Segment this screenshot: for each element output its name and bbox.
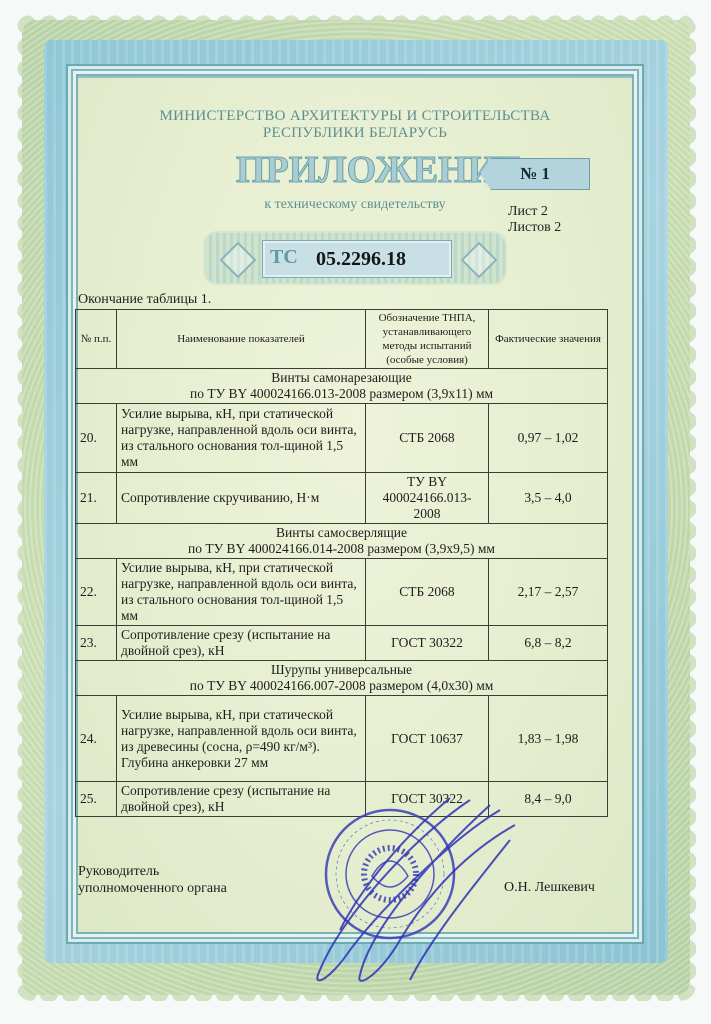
row-indicator: Усилие вырыва, кН, при статической нагру… xyxy=(117,404,366,473)
row-value: 1,83 – 1,98 xyxy=(489,696,608,782)
table-row: 20. Усилие вырыва, кН, при статической н… xyxy=(76,404,608,473)
row-method: ГОСТ 10637 xyxy=(366,696,489,782)
row-value: 6,8 – 8,2 xyxy=(489,626,608,661)
row-value: 2,17 – 2,57 xyxy=(489,559,608,626)
table-header-row: № п.п. Наименование показателей Обозначе… xyxy=(76,310,608,369)
sheets-total: Листов 2 xyxy=(508,220,561,236)
ministry-name-line1: МИНИСТЕРСТВО АРХИТЕКТУРЫ И СТРОИТЕЛЬСТВА xyxy=(80,108,630,125)
row-method: ГОСТ 30322 xyxy=(366,626,489,661)
ministry-name-line2: РЕСПУБЛИКИ БЕЛАРУСЬ xyxy=(80,125,630,142)
signatory-position: Руководитель уполномоченного органа xyxy=(78,863,227,897)
section-title: Винты самосверлящие xyxy=(80,525,603,541)
sheet-number: Лист 2 xyxy=(508,204,548,220)
section-title: Винты самонарезающие xyxy=(80,370,603,386)
row-indicator: Сопротивление срезу (испытание на двойно… xyxy=(117,626,366,661)
row-number: 21. xyxy=(76,473,117,524)
row-indicator: Усилие вырыва, кН, при статической нагру… xyxy=(117,559,366,626)
position-line1: Руководитель xyxy=(78,863,227,880)
appendix-number: № 1 xyxy=(481,164,589,184)
row-number: 24. xyxy=(76,696,117,782)
indicators-table: № п.п. Наименование показателей Обозначе… xyxy=(75,309,608,817)
section-row: Винты самонарезающиепо ТУ BY 400024166.0… xyxy=(76,369,608,404)
section-row: Винты самосверлящиепо ТУ BY 400024166.01… xyxy=(76,524,608,559)
column-header-value: Фактические значения xyxy=(489,310,608,369)
row-method: СТБ 2068 xyxy=(366,559,489,626)
signature-icon xyxy=(300,780,520,990)
table-row: 22. Усилие вырыва, кН, при статической н… xyxy=(76,559,608,626)
section-spec: по ТУ BY 400024166.014-2008 размером (3,… xyxy=(80,541,603,557)
row-value: 3,5 – 4,0 xyxy=(489,473,608,524)
certificate-number: 05.2296.18 xyxy=(316,248,406,271)
section-title: Шурупы универсальные xyxy=(80,662,603,678)
table-row: 21. Сопротивление скручиванию, Н·м ТУ BY… xyxy=(76,473,608,524)
section-row: Шурупы универсальныепо ТУ BY 400024166.0… xyxy=(76,661,608,696)
row-indicator: Сопротивление скручиванию, Н·м xyxy=(117,473,366,524)
row-value: 0,97 – 1,02 xyxy=(489,404,608,473)
table-caption: Окончание таблицы 1. xyxy=(78,292,211,308)
column-header-method: Обозначение ТНПА, устанавливающего метод… xyxy=(366,310,489,369)
row-method: СТБ 2068 xyxy=(366,404,489,473)
document-subtitle: к техническому свидетельству xyxy=(230,197,480,213)
appendix-number-tag: № 1 xyxy=(480,158,590,190)
row-number: 22. xyxy=(76,559,117,626)
certificate-prefix: ТС xyxy=(270,246,298,269)
row-indicator: Усилие вырыва, кН, при статической нагру… xyxy=(117,696,366,782)
row-number: 25. xyxy=(76,782,117,817)
section-spec: по ТУ BY 400024166.013-2008 размером (3,… xyxy=(80,386,603,402)
document-title: ПРИЛОЖЕНИЕ xyxy=(236,150,476,190)
row-method: ТУ BY 400024166.013-2008 xyxy=(366,473,489,524)
row-number: 20. xyxy=(76,404,117,473)
section-spec: по ТУ BY 400024166.007-2008 размером (4,… xyxy=(80,678,603,694)
row-number: 23. xyxy=(76,626,117,661)
table-row: 23. Сопротивление срезу (испытание на дв… xyxy=(76,626,608,661)
column-header-number: № п.п. xyxy=(76,310,117,369)
table-row: 24. Усилие вырыва, кН, при статической н… xyxy=(76,696,608,782)
column-header-indicator: Наименование показателей xyxy=(117,310,366,369)
position-line2: уполномоченного органа xyxy=(78,880,227,897)
